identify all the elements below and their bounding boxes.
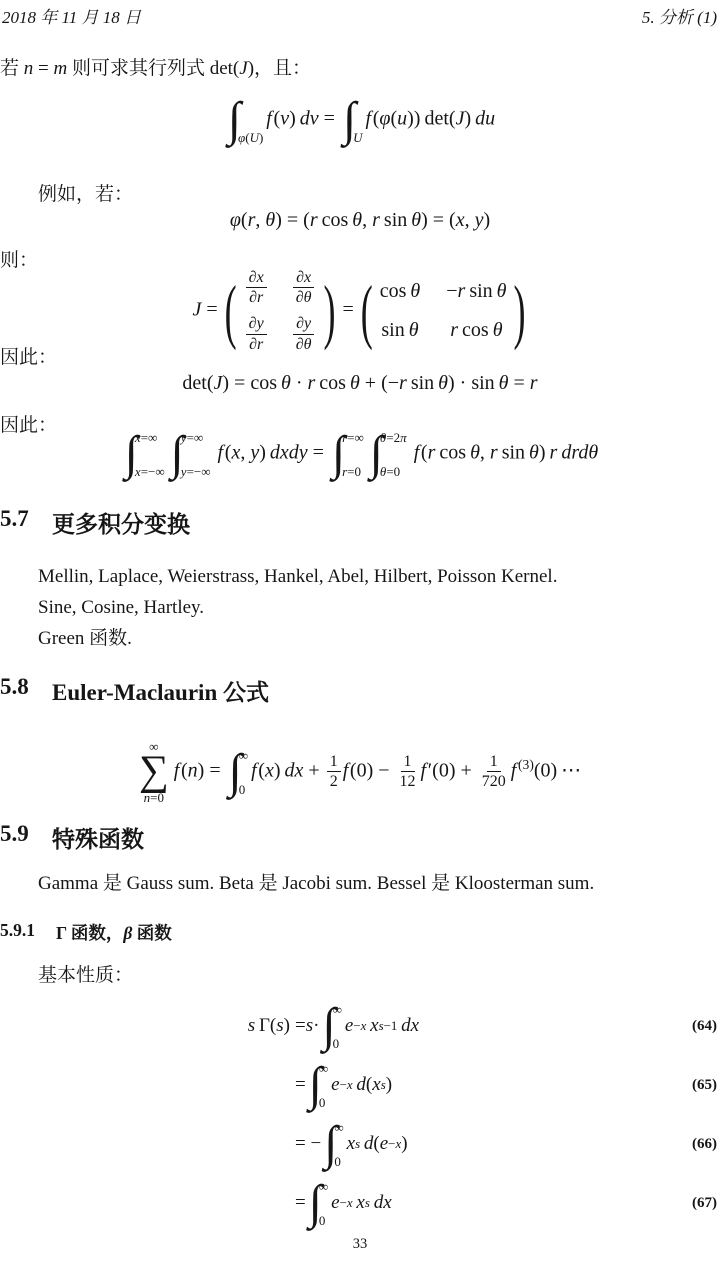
section-5-9-heading: 5.9 特殊函数: [0, 821, 720, 854]
section-5-8-heading: 5.8 Euler-Maclaurin 公式: [0, 674, 720, 707]
para-example: 例如，若：: [0, 182, 720, 208]
header-chapter: 5. 分析 (1): [642, 3, 717, 28]
equation-row-66: = −∫∞0xs d(e−x) (66): [0, 1115, 720, 1173]
section-5-7-paragraph: Mellin, Laplace, Weierstrass, Hankel, Ab…: [0, 561, 720, 654]
section-5-7-number: 5.7: [0, 506, 52, 539]
equation-66-number: (66): [692, 1136, 717, 1153]
equation-66-rhs: = −∫∞0xs d(e−x): [295, 1120, 408, 1168]
document-page: 2018 年 11 月 18 日 5. 分析 (1) 若 n = m 则可求其行…: [0, 0, 720, 1269]
para-basic-properties: 基本性质：: [0, 963, 720, 989]
equation-row-65: = ∫∞0e−x d(xs) (65): [0, 1056, 720, 1114]
transforms-line-2: Sine, Cosine, Hartley.: [38, 592, 720, 623]
formula-polar-double-integral: ∫x=∞x=−∞∫y=∞y=−∞ f (x, y) dxdy = ∫r=∞r=0…: [0, 430, 720, 478]
equation-67-number: (67): [692, 1195, 717, 1212]
section-5-9-paragraph: Gamma 是 Gauss sum. Beta 是 Jacobi sum. Be…: [0, 871, 720, 897]
section-5-7-heading: 5.7 更多积分变换: [0, 506, 720, 539]
formula-euler-maclaurin: ∞∑n=0f (n) = ∫∞0f (x) dx + 12f (0) − 112…: [0, 740, 720, 804]
header-date: 2018 年 11 月 18 日: [2, 3, 141, 28]
subsection-5-9-1-title: Γ 函数，β 函数: [56, 920, 172, 945]
equation-row-64: s Γ(s) = s · ∫∞0e−x xs−1 dx (64): [0, 997, 720, 1055]
equation-64-number: (64): [692, 1018, 717, 1035]
equation-65-rhs: = ∫∞0e−x d(xs): [295, 1061, 392, 1109]
subsection-5-9-1-heading: 5.9.1 Γ 函数，β 函数: [0, 920, 720, 945]
page-header: 2018 年 11 月 18 日 5. 分析 (1): [2, 3, 717, 28]
equation-64-lhs: s Γ(s): [0, 1015, 290, 1037]
formula-change-of-variables: ∫ φ(U)f (v) dv = ∫ Uf (φ(u)) det(J) du: [0, 96, 720, 144]
equation-65-number: (65): [692, 1077, 717, 1094]
section-5-8-title: Euler-Maclaurin 公式: [52, 674, 269, 707]
equation-row-67: = ∫∞0e−x xs dx (67): [0, 1174, 720, 1232]
formula-jacobian-matrix: J = (∂x∂r∂x∂θ∂y∂r∂y∂θ) = (cos θ−r sin θs…: [0, 268, 720, 354]
para-therefore-1: 因此：: [0, 345, 720, 371]
equation-67-rhs: = ∫∞0e−x xs dx: [295, 1179, 392, 1227]
formula-det-j: det(J) = cos θ · r cos θ + (−r sin θ) · …: [0, 372, 720, 395]
equation-64-rhs: = s · ∫∞0e−x xs−1 dx: [295, 1002, 419, 1050]
formula-polar-map: φ(r, θ) = (r cos θ, r sin θ) = (x, y): [0, 209, 720, 232]
section-5-9-title: 特殊函数: [52, 821, 144, 854]
transforms-line-1: Mellin, Laplace, Weierstrass, Hankel, Ab…: [38, 561, 720, 592]
subsection-5-9-1-number: 5.9.1: [0, 920, 56, 945]
section-5-9-number: 5.9: [0, 821, 52, 854]
transforms-line-3: Green 函数.: [38, 623, 720, 654]
section-5-8-number: 5.8: [0, 674, 52, 707]
page-number: 33: [0, 1236, 720, 1253]
para-intro: 若 n = m 则可求其行列式 det(J)，且：: [0, 56, 720, 82]
section-5-7-title: 更多积分变换: [52, 506, 190, 539]
